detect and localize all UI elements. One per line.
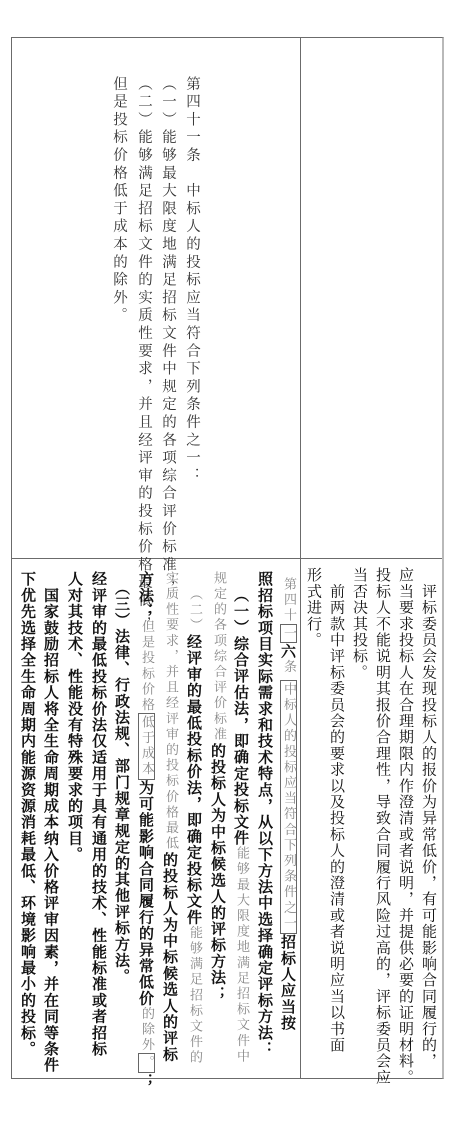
inserted-text: 为可能影响合同履行的异常低价 [137, 780, 155, 1007]
deleted-text: 但是投标价格 [139, 620, 154, 714]
inserted-text: ； [137, 1073, 155, 1089]
revised-line-7: 方法；但是投标价格低于成本为可能影响合同履行的异常低价的除外。； [136, 571, 157, 1089]
inserted-text: 经评审的最低投标价法，即确定投标文件 [185, 634, 203, 926]
new-para-line-6: 形式进行。 [304, 567, 325, 648]
inserted-text: 六 [279, 643, 297, 659]
deleted-text: 能够满足招标文件的 [187, 925, 202, 1065]
new-para-line-5: 前两款中评标委员会的要求以及投标人的澄清或者说明应当以书面 [327, 567, 348, 1053]
deleted-boxed-text: 低于成本 [138, 713, 155, 779]
original-line-1: 第四十一条 中标人的投标应当符合下列条件之一： [182, 76, 203, 485]
deleted-boxed-text: 中标人的投标应当符合下列条件之一 [280, 680, 297, 934]
deleted-boxed-text: 。 [138, 1053, 155, 1073]
inserted-text: 的投标人为中标候选人的评标方法； [209, 743, 227, 1002]
original-line-2: （一）能够最大限度地满足招标文件中规定的各项综合评价标准； [158, 76, 179, 592]
cell-new-paragraphs: 评标委员会发现投标人的报价为异常低价，有可能影响合同履行的， 应当要求投标人在合… [301, 559, 443, 1078]
revised-line-2: 照招标项目实际需求和技术特点，从以下方法中选择确定评标方法： [255, 571, 276, 1057]
deleted-text: （二） [187, 587, 202, 634]
deleted-boxed-text: 一 [280, 624, 297, 644]
inserted-text: （一）综合评估法，即确定投标文件 [232, 587, 250, 846]
new-para-line-1: 评标委员会发现投标人的报价为异常低价，有可能影响合同履行的， [419, 567, 440, 1069]
inserted-text: 方法； [137, 571, 155, 620]
deleted-text: 实质性要求，并且经评审的投标价格最低 [163, 571, 178, 852]
inserted-text: 招标人应当按 [279, 934, 297, 1031]
cell-empty [301, 38, 443, 558]
revised-line-4: 规定的各项综合评价标准的投标人为中标候选人的评标方法； [208, 571, 229, 1002]
new-para-line-2: 应当要求投标人在合理期限内作澄清或者说明，并提供必要的证明材料。 [396, 567, 417, 1085]
deleted-text: 的除外 [139, 1006, 154, 1053]
revised-line-10: 人对其技术、性能没有特殊要求的项目。 [65, 571, 86, 863]
deleted-text: 能够最大限度地满足招标文件中 [234, 846, 249, 1064]
revised-line-1: 第四十一六条 中标人的投标应当符合下列条件之一招标人应当按 [278, 577, 299, 1031]
deleted-text: 第四十 [281, 577, 296, 624]
revised-line-5: （二）经评审的最低投标价法，即确定投标文件能够满足招标文件的 [184, 587, 205, 1066]
inserted-text: 的投标人为中标候选人的评标 [161, 852, 179, 1063]
original-line-4: 但是投标价格低于成本的除外。 [109, 76, 130, 325]
new-para-line-3: 投标人不能说明其报价合理性，导致合同履行风险过高的，评标委员会应 [373, 567, 394, 1085]
deleted-text: 条 [281, 660, 296, 676]
revised-line-9: 经评审的最低投标价法仅适用于具有通用的技术、性能标准或者招标 [89, 571, 110, 1057]
cell-original-article: 第四十一条 中标人的投标应当符合下列条件之一： （一）能够最大限度地满足招标文件… [12, 38, 300, 558]
comparison-table: 第四十一条 中标人的投标应当符合下列条件之一： （一）能够最大限度地满足招标文件… [11, 37, 444, 1079]
new-para-line-4: 当否决其投标。 [350, 567, 371, 680]
deleted-text: 规定的各项综合评价标准 [211, 571, 226, 743]
revised-line-6: 实质性要求，并且经评审的投标价格最低的投标人为中标候选人的评标 [160, 571, 181, 1062]
original-line-3: （二）能够满足招标文件的实质性要求，并且经评审的投标价格最低； [134, 76, 155, 628]
revised-line-8: （三）法律、行政法规、部门规章规定的其他评标方法。 [112, 571, 133, 985]
revised-line-12: 下优先选择全生命周期内能源资源消耗最低、环境影响最小的投标。 [18, 571, 39, 1057]
cell-revised-article: 第四十一六条 中标人的投标应当符合下列条件之一招标人应当按 照招标项目实际需求和… [12, 559, 300, 1078]
revised-line-11: 国家鼓励招标人将全生命周期成本纳入价格评审因素，并在同等条件 [41, 571, 62, 1073]
revised-line-3: （一）综合评估法，即确定投标文件能够最大限度地满足招标文件中 [231, 587, 252, 1065]
